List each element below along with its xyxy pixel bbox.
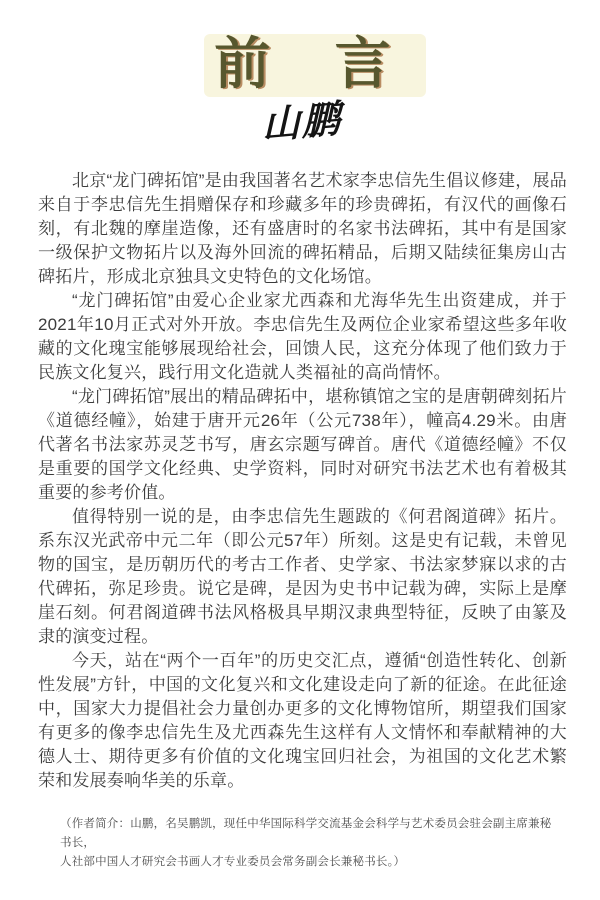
paragraph-1: 北京“龙门碑拓馆”是由我国著名艺术家李忠信先生倡议修建，展品来自于李忠信先生捐赠… [38, 169, 567, 289]
paragraph-5: 今天，站在“两个一百年”的历史交汇点，遵循“创造性转化、创新性发展”方针，中国的… [38, 649, 567, 793]
preface-page: 前 言 山鹏 北京“龙门碑拓馆”是由我国著名艺术家李忠信先生倡议修建，展品来自于… [0, 0, 600, 900]
paragraph-4: 值得特别一说的是，由李忠信先生题跋的《何君阁道碑》拓片。系东汉光武帝中元二年（即… [38, 505, 567, 649]
signature-block: 山鹏 [38, 103, 567, 155]
paragraph-3: “龙门碑拓馆”展出的精品碑拓中，堪称镇馆之宝的是唐朝碑刻拓片《道德经幢》，始建于… [38, 385, 567, 505]
author-bio-footnote: （作者简介：山鹏，名吴鹏凯，现任中华国际科学交流基金会科学与艺术委员会驻会副主席… [38, 815, 567, 872]
author-calligraphy-signature: 山鹏 [262, 99, 342, 144]
title-block: 前 言 [38, 34, 567, 97]
page-title: 前 言 [204, 34, 426, 97]
paragraph-2: “龙门碑拓馆”由爱心企业家尤西森和尤海华先生出资建成，并于2021年10月正式对… [38, 289, 567, 385]
footnote-line-2: 人社部中国人才研究会书画人才专业委员会常务副会长兼秘书长。） [60, 853, 559, 872]
footnote-line-1: （作者简介：山鹏，名吴鹏凯，现任中华国际科学交流基金会科学与艺术委员会驻会副主席… [60, 815, 559, 853]
preface-body: 北京“龙门碑拓馆”是由我国著名艺术家李忠信先生倡议修建，展品来自于李忠信先生捐赠… [38, 169, 567, 793]
